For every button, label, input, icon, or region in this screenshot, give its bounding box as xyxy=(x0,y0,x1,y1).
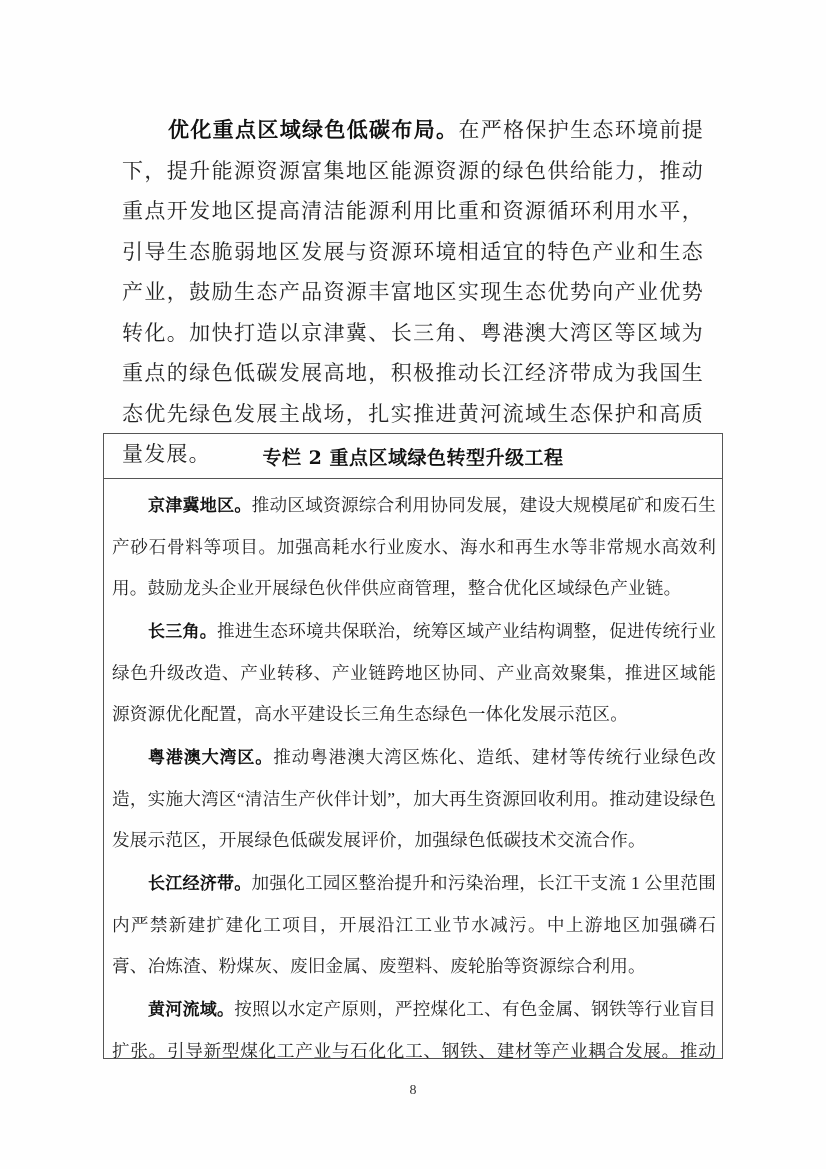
region-item-jingjinji: 京津冀地区。推动区域资源综合利用协同发展，建设大规模尾矿和废石生产砂石骨料等项目… xyxy=(112,485,716,609)
document-page: 优化重点区域绿色低碳布局。在严格保护生态环境前提下，提升能源资源富集地区能源资源… xyxy=(0,0,826,1169)
region-lead: 粤港澳大湾区。 xyxy=(148,748,273,768)
region-lead: 长江经济带。 xyxy=(148,874,252,894)
region-item-yangtze-delta: 长三角。推进生态环境共保联治，统筹区域产业结构调整，促进传统行业绿色升级改造、产… xyxy=(112,611,716,735)
special-column-body: 京津冀地区。推动区域资源综合利用协同发展，建设大规模尾矿和废石生产砂石骨料等项目… xyxy=(104,479,722,1059)
region-lead: 黄河流域。 xyxy=(148,1000,234,1020)
region-item-greater-bay-area: 粤港澳大湾区。推动粤港澳大湾区炼化、造纸、建材等传统行业绿色改造，实施大湾区“清… xyxy=(112,737,716,861)
intro-lead-heading: 优化重点区域绿色低碳布局。 xyxy=(168,117,458,142)
region-item-yangtze-economic-belt: 长江经济带。加强化工园区整治提升和污染治理，长江干支流 1 公里范围内严禁新建扩… xyxy=(112,863,716,987)
special-column-box: 专栏 2 重点区域绿色转型升级工程 京津冀地区。推动区域资源综合利用协同发展，建… xyxy=(103,433,723,1059)
intro-paragraph: 优化重点区域绿色低碳布局。在严格保护生态环境前提下，提升能源资源富集地区能源资源… xyxy=(122,110,704,475)
page-number: 8 xyxy=(0,1083,826,1099)
region-lead: 长三角。 xyxy=(148,622,217,642)
special-column-title: 专栏 2 重点区域绿色转型升级工程 xyxy=(104,434,722,479)
intro-body-text: 在严格保护生态环境前提下，提升能源资源富集地区能源资源的绿色供给能力，推动重点开… xyxy=(122,118,704,466)
region-lead: 京津冀地区。 xyxy=(148,496,252,516)
region-item-yellow-river-basin: 黄河流域。按照以水定产原则，严控煤化工、有色金属、钢铁等行业盲目扩张。引导新型煤… xyxy=(112,989,716,1059)
